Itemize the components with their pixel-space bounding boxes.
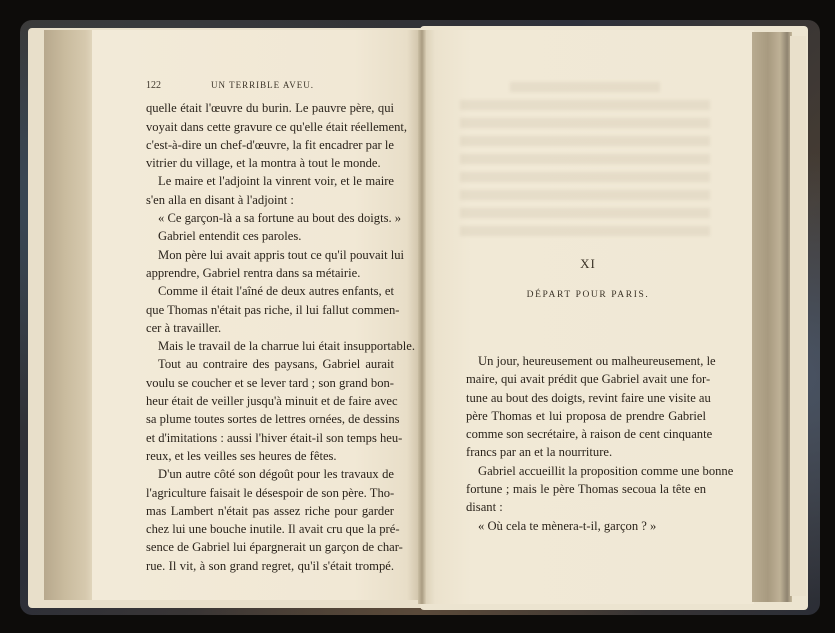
text-line: « Où cela te mènera-t-il, garçon ? » — [466, 517, 706, 535]
text-line: Gabriel accueillit la proposition comme … — [466, 462, 706, 480]
text-line: fortune ; mais le père Thomas secoua la … — [466, 480, 706, 498]
running-head-title: UN TERRIBLE AVEU. — [161, 76, 364, 94]
text-line: et d'imitations : aussi l'hiver était-il… — [146, 429, 394, 447]
text-line: père Thomas et lui proposa de prendre Ga… — [466, 407, 706, 425]
text-line: Comme il était l'aîné de deux autres enf… — [146, 282, 394, 300]
text-line: quelle était l'œuvre du burin. Le pauvre… — [146, 99, 394, 117]
right-page-content: Un jour, heureusement ou malheureusement… — [466, 352, 706, 535]
text-line: l'agriculture faisait le désespoir de so… — [146, 484, 394, 502]
left-page-content: 122 UN TERRIBLE AVEU. quelle était l'œuv… — [146, 76, 394, 575]
text-line: voulu se coucher et se lever tard ; son … — [146, 374, 394, 392]
text-line: apprendre, Gabriel rentra dans sa métair… — [146, 264, 394, 282]
text-line: c'est-à-dire un chef-d'œuvre, la fit enc… — [146, 136, 394, 154]
text-line: Un jour, heureusement ou malheureusement… — [466, 352, 706, 370]
text-line: comme son secrétaire, à raison de cent c… — [466, 425, 706, 443]
text-line: chez lui une bouche inutile. Il avait cr… — [146, 520, 394, 538]
text-line: Le maire et l'adjoint la vinrent voir, e… — [146, 172, 394, 190]
text-line: Mais le travail de la charrue lui était … — [146, 337, 394, 355]
text-line: « Ce garçon-là a sa fortune au bout des … — [146, 209, 394, 227]
show-through-text — [460, 82, 710, 244]
text-line: rue. Il vit, à son grand regret, qu'il s… — [146, 557, 394, 575]
left-page-stack-edge — [44, 30, 96, 600]
chapter-title: DÉPART POUR PARIS. — [422, 290, 754, 300]
page-number: 122 — [146, 77, 161, 95]
text-line: Gabriel entendit ces paroles. — [146, 227, 394, 245]
text-line: s'en alla en disant à l'adjoint : — [146, 191, 394, 209]
endpaper-flap — [790, 36, 806, 596]
running-head: 122 UN TERRIBLE AVEU. — [146, 76, 394, 95]
text-line: voyait dans cette gravure ce qu'elle éta… — [146, 118, 394, 136]
text-line: que Thomas n'était pas riche, il lui fal… — [146, 301, 394, 319]
text-line: disant : — [466, 498, 706, 516]
text-line: D'un autre côté son dégoût pour les trav… — [146, 465, 394, 483]
text-line: reux, et les veilles ses heures de fêtes… — [146, 447, 394, 465]
right-page-stack-edge — [752, 32, 792, 602]
text-line: tune au bout des doigts, revint faire un… — [466, 389, 706, 407]
text-line: vitrier du village, et la montra à tout … — [146, 154, 394, 172]
text-line: maire, qui avait prédit que Gabriel avai… — [466, 370, 706, 388]
text-line: Mon père lui avait appris tout ce qu'il … — [146, 246, 394, 264]
text-line: heur était de veiller jusqu'à minuit et … — [146, 392, 394, 410]
book-gutter — [418, 30, 426, 604]
text-line: sa plume toutes sortes de lettres ornées… — [146, 410, 394, 428]
text-line: francs par an et la nourriture. — [466, 443, 706, 461]
text-line: cer à travailler. — [146, 319, 394, 337]
chapter-number: XI — [422, 256, 754, 272]
text-line: Tout au contraire des paysans, Gabriel a… — [146, 355, 394, 373]
text-line: mas Lambert n'était pas assez riche pour… — [146, 502, 394, 520]
text-line: sence de Gabriel lui épargnerait un garç… — [146, 538, 394, 556]
